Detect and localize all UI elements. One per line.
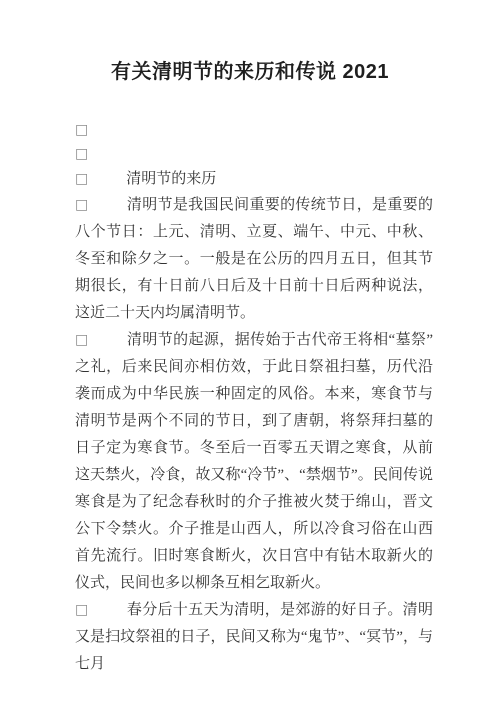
section-heading-line: □清明节的来历: [75, 166, 433, 192]
paragraph-2: □清明节的起源，据传始于古代帝王将相“墓祭”之礼，后来民间亦相仿效，于此日祭祖扫…: [75, 327, 433, 597]
paragraph-1: □清明节是我国民间重要的传统节日，是重要的八个节日：上元、清明、立夏、端午、中元…: [75, 192, 433, 327]
paragraph-3: □春分后十五天为清明，是郊游的好日子。清明又是扫坟祭祖的日子，民间又称为“鬼节”…: [75, 597, 433, 678]
missing-glyph-box-icon: □: [75, 146, 88, 162]
tab-space: [89, 343, 127, 344]
missing-glyph-box-icon: □: [75, 171, 88, 187]
tab-space: [89, 208, 127, 209]
section-heading-text: 清明节的来历: [126, 171, 216, 187]
placeholder-line-2: □: [75, 142, 433, 166]
missing-glyph-box-icon: □: [75, 197, 89, 213]
tab-space: [88, 182, 126, 183]
paragraph-text: 春分后十五天为清明，是郊游的好日子。清明又是扫坟祭祖的日子，民间又称为“鬼节”、…: [75, 602, 433, 672]
paragraph-text: 清明节是我国民间重要的传统节日，是重要的八个节日：上元、清明、立夏、端午、中元、…: [75, 197, 433, 321]
missing-glyph-box-icon: □: [75, 332, 89, 348]
document-title: 有关清明节的来历和传说 2021: [0, 0, 500, 87]
document-page: 有关清明节的来历和传说 2021 □ □ □清明节的来历 □清明节是我国民间重要…: [0, 0, 500, 708]
missing-glyph-box-icon: □: [75, 122, 88, 138]
document-body: □ □ □清明节的来历 □清明节是我国民间重要的传统节日，是重要的八个节日：上元…: [75, 118, 433, 678]
placeholder-line-1: □: [75, 118, 433, 142]
tab-space: [89, 613, 127, 614]
paragraph-text: 清明节的起源，据传始于古代帝王将相“墓祭”之礼，后来民间亦相仿效，于此日祭祖扫墓…: [75, 332, 433, 591]
missing-glyph-box-icon: □: [75, 602, 89, 618]
